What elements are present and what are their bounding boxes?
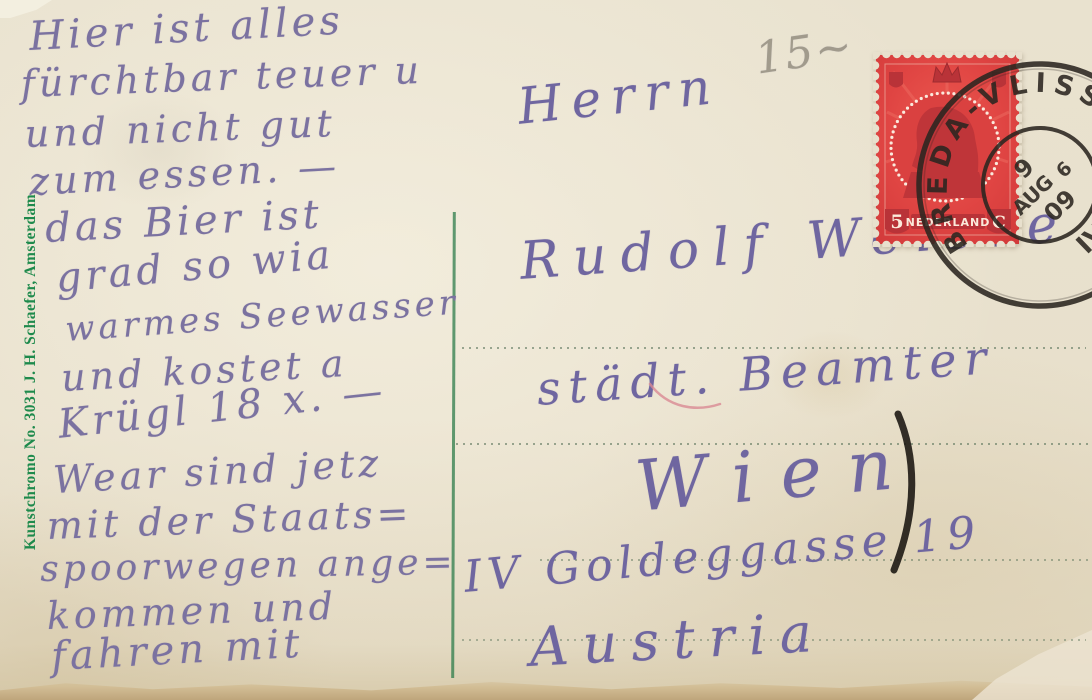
postcard-back: Kunstchromo No. 3031 J. H. Schaefer, Ams… bbox=[0, 0, 1092, 700]
address-country: Austria bbox=[528, 600, 827, 678]
address-city: Wien bbox=[632, 421, 922, 527]
paper-damage-bottom-edge bbox=[0, 676, 1092, 700]
message-line: spoorwegen ange= bbox=[40, 542, 457, 590]
message-line: Wear sind jetz bbox=[52, 441, 383, 502]
postmark: BREDA-VLISSINGEN 9 AUG 6 09 IV bbox=[850, 28, 1092, 358]
pink-pen-slip bbox=[648, 382, 724, 416]
postmark-time: 6 bbox=[1052, 157, 1077, 182]
ink-stroke-mark bbox=[882, 408, 930, 578]
pencil-note: 15~ bbox=[752, 20, 857, 84]
publisher-imprint: Kunstchromo No. 3031 J. H. Schaefer, Ams… bbox=[22, 152, 40, 592]
message-line: mit der Staats= bbox=[46, 491, 413, 548]
message-line: Hier ist alles bbox=[28, 0, 345, 60]
address-salutation: Herrn bbox=[515, 57, 723, 136]
